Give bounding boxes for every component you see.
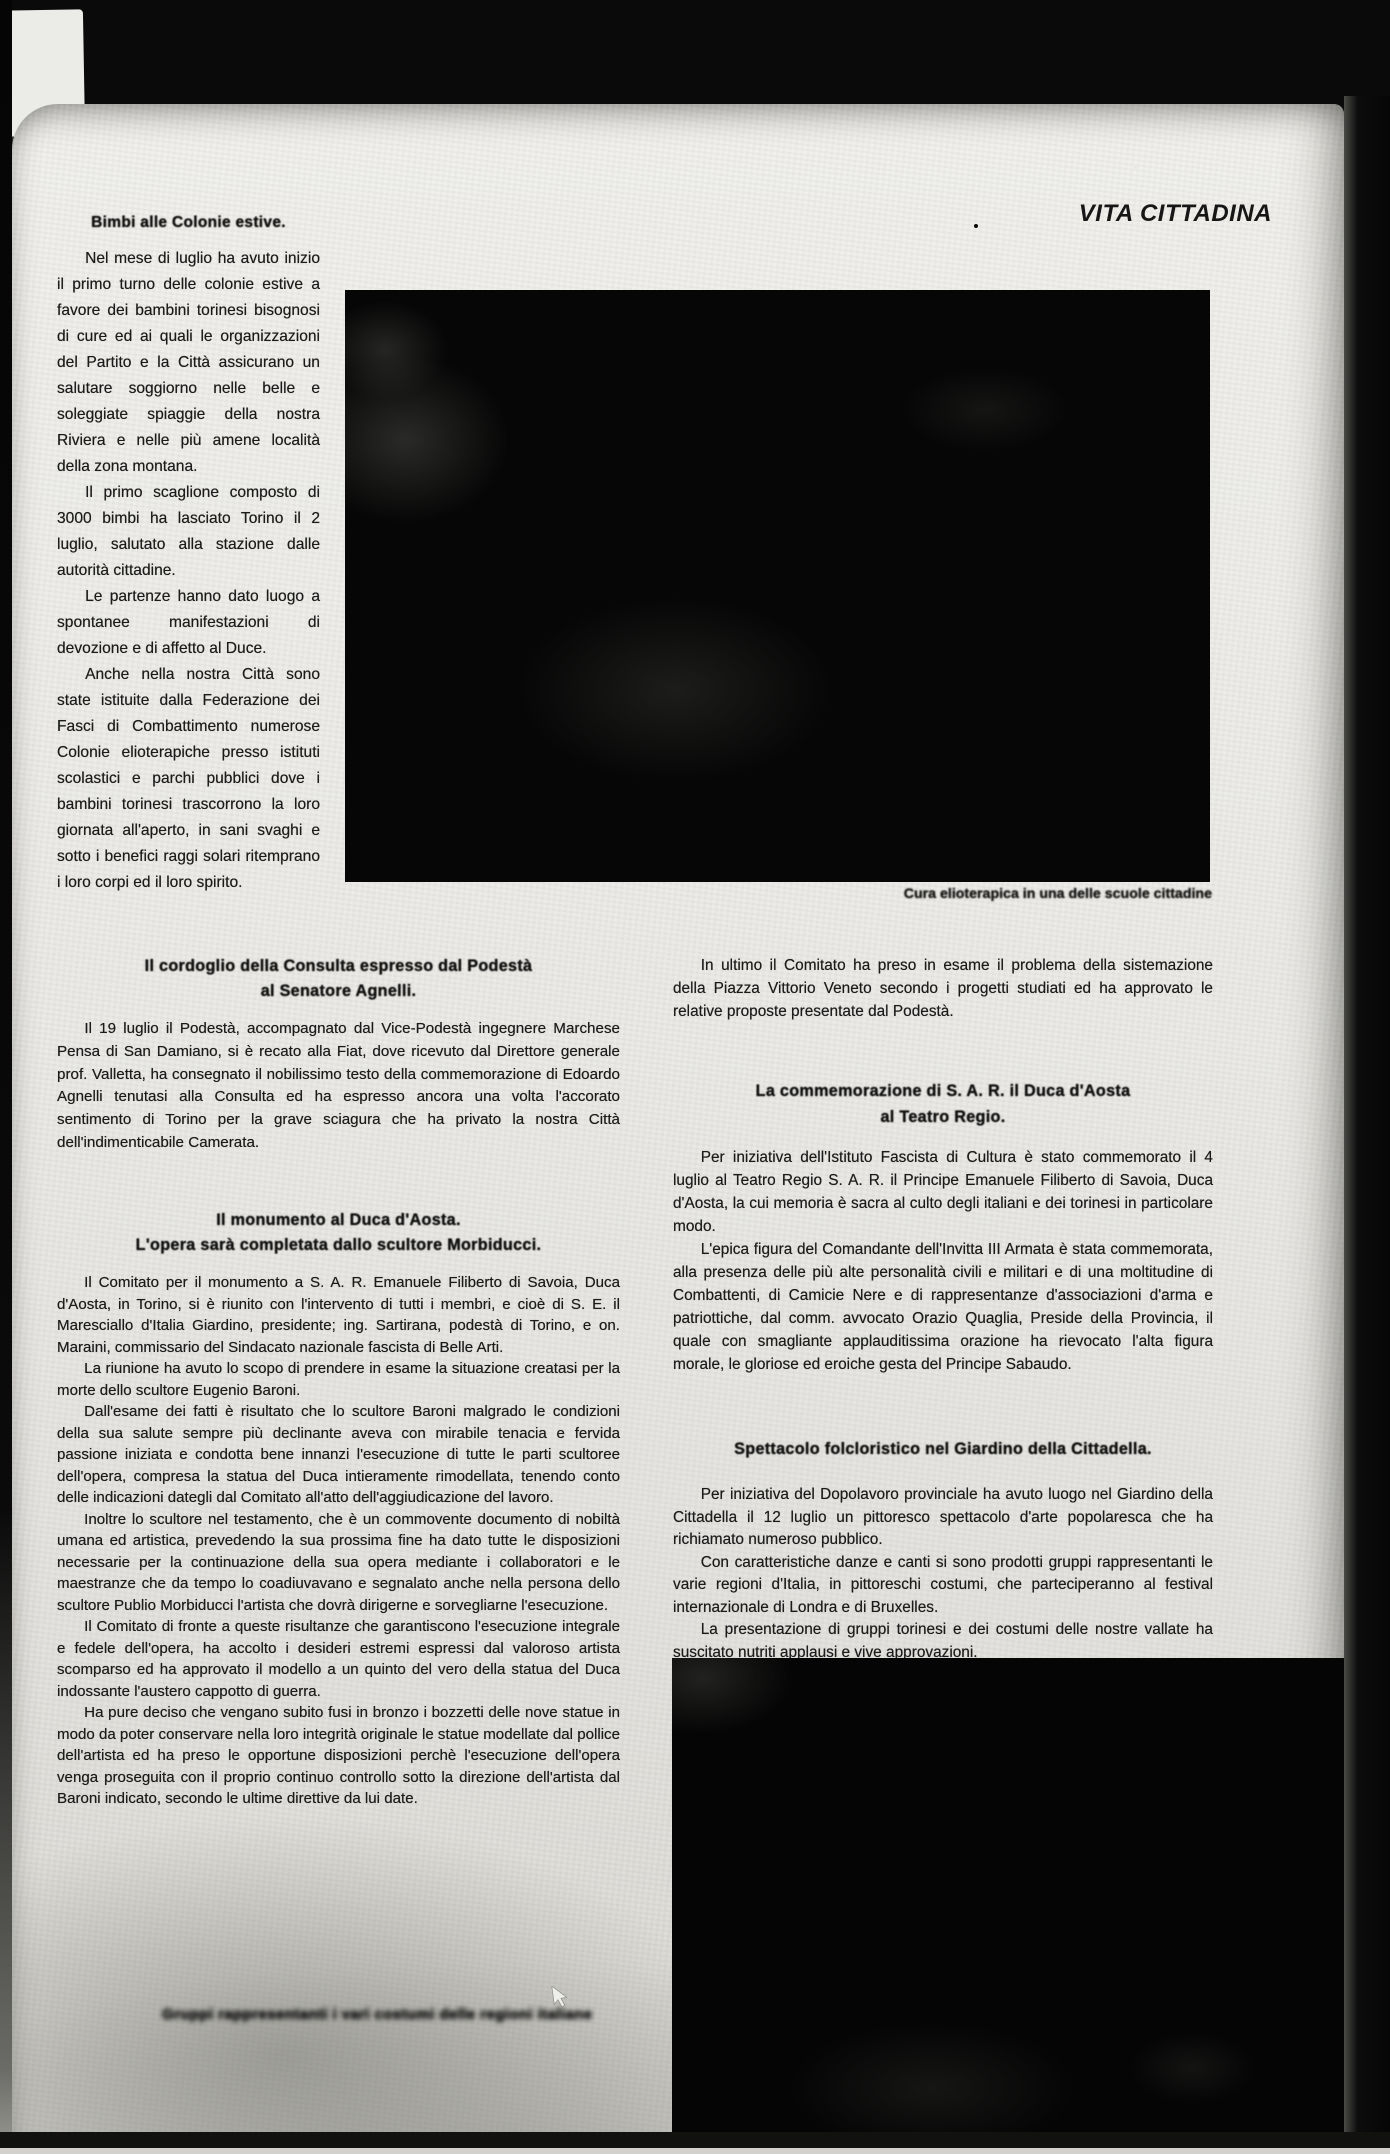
paragraph: Con caratteristiche danze e canti si son…	[673, 1552, 1213, 1620]
paragraph: Anche nella nostra Città sono state isti…	[57, 662, 320, 896]
article-title-colonie: Bimbi alle Colonie estive.	[57, 214, 320, 232]
paragraph: Inoltre lo scultore nel testamento, che …	[57, 1509, 620, 1617]
scanned-magazine-page: VITA CITTADINA Bimbi alle Colonie estive…	[0, 0, 1390, 2154]
paragraph: L'epica figura del Comandante dell'Invit…	[673, 1238, 1213, 1376]
title-line-2: al Senatore Agnelli.	[57, 979, 620, 1004]
section-header-vita-cittadina: VITA CITTADINA	[1010, 200, 1272, 228]
paragraph: In ultimo il Comitato ha preso in esame …	[673, 954, 1213, 1023]
article-body-colonie: Nel mese di luglio ha avuto inizio il pr…	[57, 246, 320, 896]
paragraph: Il primo scaglione composto di 3000 bimb…	[57, 480, 320, 584]
paragraph: Il 19 luglio il Podestà, accompagnato da…	[57, 1018, 620, 1155]
title-line-2: al Teatro Regio.	[673, 1104, 1213, 1130]
article-title-monumento: Il monumento al Duca d'Aosta. L'opera sa…	[57, 1208, 620, 1258]
scan-edge-bottom-light	[0, 2148, 1390, 2154]
article-body-cordoglio: Il 19 luglio il Podestà, accompagnato da…	[57, 1018, 620, 1155]
scan-border-left	[0, 0, 12, 2154]
paragraph: Per iniziativa dell'Istituto Fascista di…	[673, 1146, 1213, 1238]
dust-speck	[1134, 166, 1137, 169]
article-title-spettacolo: Spettacolo folcloristico nel Giardino de…	[673, 1440, 1213, 1459]
article-title-commemorazione: La commemorazione di S. A. R. il Duca d'…	[673, 1078, 1213, 1130]
mouse-cursor-icon	[549, 1984, 570, 2010]
photo-heliotherapy-school	[345, 290, 1210, 882]
paragraph: Nel mese di luglio ha avuto inizio il pr…	[57, 246, 320, 480]
paragraph: Per iniziativa del Dopolavoro provincial…	[673, 1484, 1213, 1552]
paragraph: Ha pure deciso che vengano subito fusi i…	[57, 1702, 620, 1810]
article-body-monumento: Il Comitato per il monumento a S. A. R. …	[57, 1272, 620, 1810]
paragraph: Dall'esame dei fatti è risultato che lo …	[57, 1401, 620, 1509]
paragraph: Il Comitato di fronte a queste risultanz…	[57, 1616, 620, 1702]
scan-border-bottom	[0, 2132, 1390, 2148]
title-line-1: Il cordoglio della Consulta espresso dal…	[57, 954, 620, 979]
article-body-spettacolo: Per iniziativa del Dopolavoro provincial…	[673, 1484, 1213, 1664]
scan-border-top	[0, 0, 1390, 116]
photo-caption-heliotherapy: Cura elioterapica in una delle scuole ci…	[700, 886, 1212, 902]
paragraph: La riunione ha avuto lo scopo di prender…	[57, 1358, 620, 1401]
article-body-commemorazione: Per iniziativa dell'Istituto Fascista di…	[673, 1146, 1213, 1376]
scan-border-right	[1344, 96, 1390, 2154]
article-title-cordoglio: Il cordoglio della Consulta espresso dal…	[57, 954, 620, 1004]
paragraph: Il Comitato per il monumento a S. A. R. …	[57, 1272, 620, 1358]
title-line-1: La commemorazione di S. A. R. il Duca d'…	[673, 1078, 1213, 1104]
title-line-1: Il monumento al Duca d'Aosta.	[57, 1208, 620, 1233]
ink-speck	[974, 224, 978, 228]
photo-folk-costume-groups	[672, 1658, 1390, 2134]
title-line-2: L'opera sarà completata dallo scultore M…	[57, 1233, 620, 1258]
article-body-comitato-intro: In ultimo il Comitato ha preso in esame …	[673, 954, 1213, 1023]
paragraph: Le partenze hanno dato luogo a spontanee…	[57, 584, 320, 662]
